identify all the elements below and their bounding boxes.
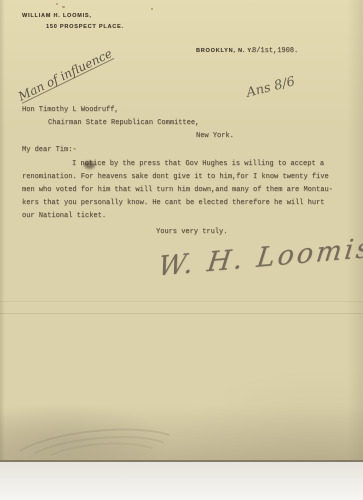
handwritten-signature: W. H. Loomis: [156, 232, 363, 282]
salutation: My dear Tim:-: [22, 146, 77, 155]
recipient-city-line: New York.: [196, 132, 234, 141]
paper-stain-dot: [151, 8, 153, 10]
body-line: renomination. For heavens sake dont give…: [22, 173, 329, 182]
body-line: our National ticket.: [22, 212, 106, 221]
paper-fold-line: [0, 301, 363, 302]
letterhead-place: BROOKLYN, N. Y.: [196, 48, 254, 54]
letterhead-sender-name: WILLIAM H. LOOMIS,: [22, 13, 92, 19]
body-line: I notice by the press that Gov Hughes is…: [72, 160, 324, 169]
paper-stain-dot: [62, 6, 65, 8]
recipient-name-line: Hon Timothy L Woodruff,: [22, 106, 119, 115]
body-line: men who voted for him that will turn him…: [22, 186, 333, 195]
recipient-title-line: Chairman State Republican Committee,: [48, 119, 199, 128]
typewriter-overstrike-blot: [84, 161, 95, 169]
handwritten-note-man-of-influence: Man of influence: [16, 46, 114, 103]
paper-fold-line: [0, 313, 363, 314]
handwritten-note-answered: Ans 8/6: [245, 74, 297, 101]
closing-line: Yours very truly.: [156, 228, 227, 237]
paper-stain-dot: [56, 3, 58, 5]
body-line: kers that you personally know. He cant b…: [22, 199, 324, 208]
scan-background: [0, 462, 363, 500]
date-line: 8/1st,1908.: [252, 47, 298, 56]
letter-paper: WILLIAM H. LOOMIS, 150 PROSPECT PLACE. B…: [0, 0, 363, 462]
letterhead-sender-address: 150 PROSPECT PLACE.: [46, 24, 124, 30]
scanned-letter: WILLIAM H. LOOMIS, 150 PROSPECT PLACE. B…: [0, 0, 363, 500]
